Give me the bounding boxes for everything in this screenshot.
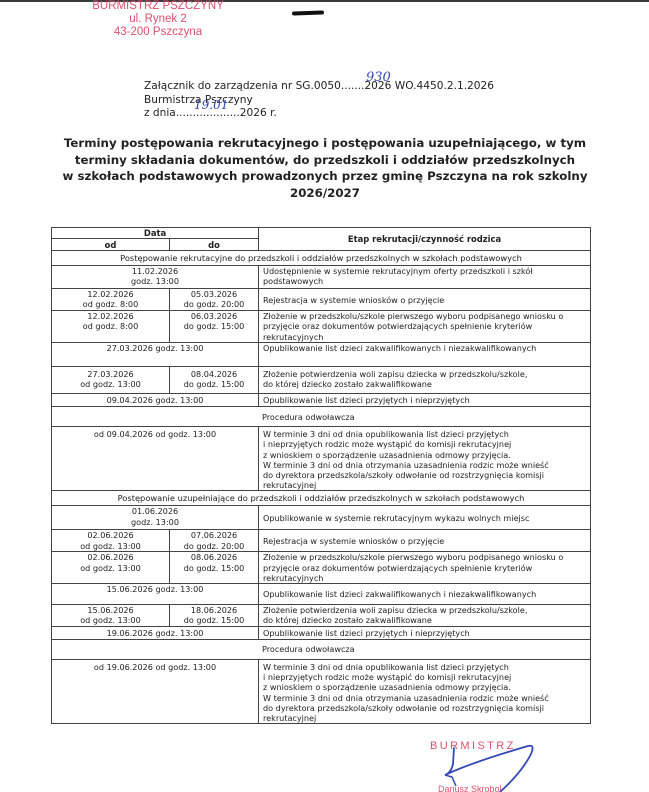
table-row: 09.04.2026 godz. 13:00 Opublikowanie lis… [52,394,591,407]
appeal-title-2: Procedura odwoławcza [52,640,591,660]
table-row: 01.06.2026godz. 13:00 Opublikowanie w sy… [52,506,591,530]
handwritten-number: 930 [366,71,391,85]
table-row: 12.02.2026od godz. 8:00 05.03.2026do god… [52,289,591,311]
table-row: 19.06.2026 godz. 13:00 Opublikowanie lis… [52,627,591,640]
appeal-text-2: W terminie 3 dni od dnia opublikowania l… [259,660,591,724]
table-row: 27.03.2026 godz. 13:00 Opublikowanie lis… [52,343,591,367]
handwritten-date: 19.01 [194,99,228,113]
table-row: od 19.06.2026 od godz. 13:00 W terminie … [52,660,591,724]
table-row: 15.06.2026od godz. 13:00 18.06.2026do go… [52,605,591,627]
schedule-table: Data Etap rekrutacji/czynność rodzica od… [51,227,591,724]
section-title-recruitment: Postępowanie rekrutacyjne do przedszkoli… [52,251,591,266]
annex-header: Załącznik do zarządzenia nr SG.0050.....… [144,80,494,121]
header-etap: Etap rekrutacji/czynność rodzica [259,228,591,251]
table-row: 02.06.2026od godz. 13:00 07.06.2026do go… [52,530,591,552]
table-row: od 09.04.2026 od godz. 13:00 W terminie … [52,427,591,491]
stamp-line-2: ul. Rynek 2 [78,13,238,26]
section-title-supplementary: Postępowanie uzupełniające do przedszkol… [52,491,591,506]
table-row: 11.02.2026godz. 13:00 Udostępnienie w sy… [52,266,591,289]
header-data: Data [52,228,259,239]
appeal-title-1: Procedura odwoławcza [52,407,591,427]
table-row: 15.06.2026 godz. 13:00 Opublikowanie lis… [52,584,591,605]
appeal-text-1: W terminie 3 dni od dnia opublikowania l… [259,427,591,491]
mayor-address-stamp: BURMISTRZ PSZCZYNY ul. Rynek 2 43-200 Ps… [78,0,238,39]
table-row: 02.06.2026od godz. 13:00 08.06.2026do go… [52,552,591,584]
annex-line-1: Załącznik do zarządzenia nr SG.0050.....… [144,80,494,94]
stamp-line-3: 43-200 Pszczyna [78,26,238,39]
handwritten-signature [440,738,580,792]
stamp-line-1: BURMISTRZ PSZCZYNY [78,0,238,13]
header-od: od [52,239,170,251]
document-title: Terminy postępowania rekrutacyjnego i po… [20,135,630,201]
header-do: do [170,239,259,251]
table-row: 27.03.2026od godz. 13:00 08.04.2026do go… [52,367,591,394]
table-row: 12.02.2026od godz. 8:00 06.03.2026do god… [52,311,591,343]
pen-mark [292,10,324,15]
annex-line-3: z dnia...................2026 r. 19.01 [144,107,494,121]
